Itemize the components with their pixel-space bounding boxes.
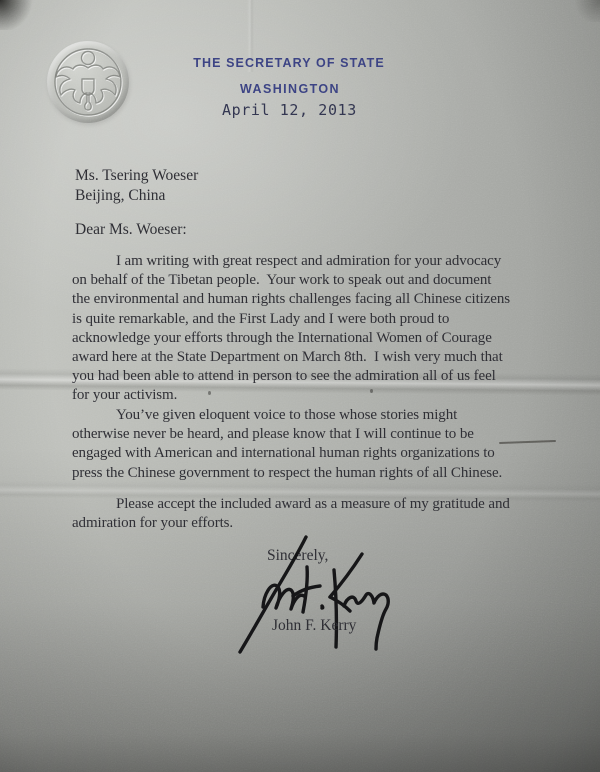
letter-content: THE SECRETARY OF STATE WASHINGTON April … [0, 0, 600, 772]
recipient-name: Ms. Tsering Woeser [75, 166, 198, 186]
letter-photo: THE SECRETARY OF STATE WASHINGTON April … [0, 0, 600, 772]
stray-pen-mark [499, 440, 556, 444]
text-line: otherwise never be heard, and please kno… [72, 425, 502, 444]
text-line: engaged with American and international … [72, 444, 502, 463]
paragraph-1: I am writing with great respect and admi… [72, 252, 510, 406]
text-line: on behalf of the Tibetan people. Your wo… [72, 271, 510, 290]
text-line: admiration for your efforts. [72, 514, 510, 533]
recipient-block: Ms. Tsering Woeser Beijing, China [75, 166, 198, 205]
recipient-location: Beijing, China [75, 186, 198, 206]
text-line: you had been able to attend in person to… [72, 367, 510, 386]
text-line: is quite remarkable, and the First Lady … [72, 310, 510, 329]
text-line: You’ve given eloquent voice to those who… [72, 406, 502, 425]
text-line: I am writing with great respect and admi… [72, 252, 510, 271]
paragraph-3: Please accept the included award as a me… [72, 495, 510, 533]
text-line: acknowledge your efforts through the Int… [72, 329, 510, 348]
letterhead-city: WASHINGTON [0, 82, 580, 96]
typed-signature-name: John F. Kerry [272, 617, 356, 635]
text-line: the environmental and human rights chall… [72, 290, 510, 309]
letterhead-title: THE SECRETARY OF STATE [0, 56, 578, 70]
paragraph-2: You’ve given eloquent voice to those who… [72, 406, 502, 483]
text-line: for your activism. [72, 386, 510, 405]
salutation: Dear Ms. Woeser: [75, 221, 187, 239]
valediction: Sincerely, [267, 547, 328, 565]
paper-speck [370, 389, 373, 393]
text-line: award here at the State Department on Ma… [72, 348, 510, 367]
letter-date: April 12, 2013 [222, 101, 357, 119]
text-line: press the Chinese government to respect … [72, 464, 502, 483]
paper-speck [208, 391, 211, 395]
text-line: Please accept the included award as a me… [72, 495, 510, 514]
